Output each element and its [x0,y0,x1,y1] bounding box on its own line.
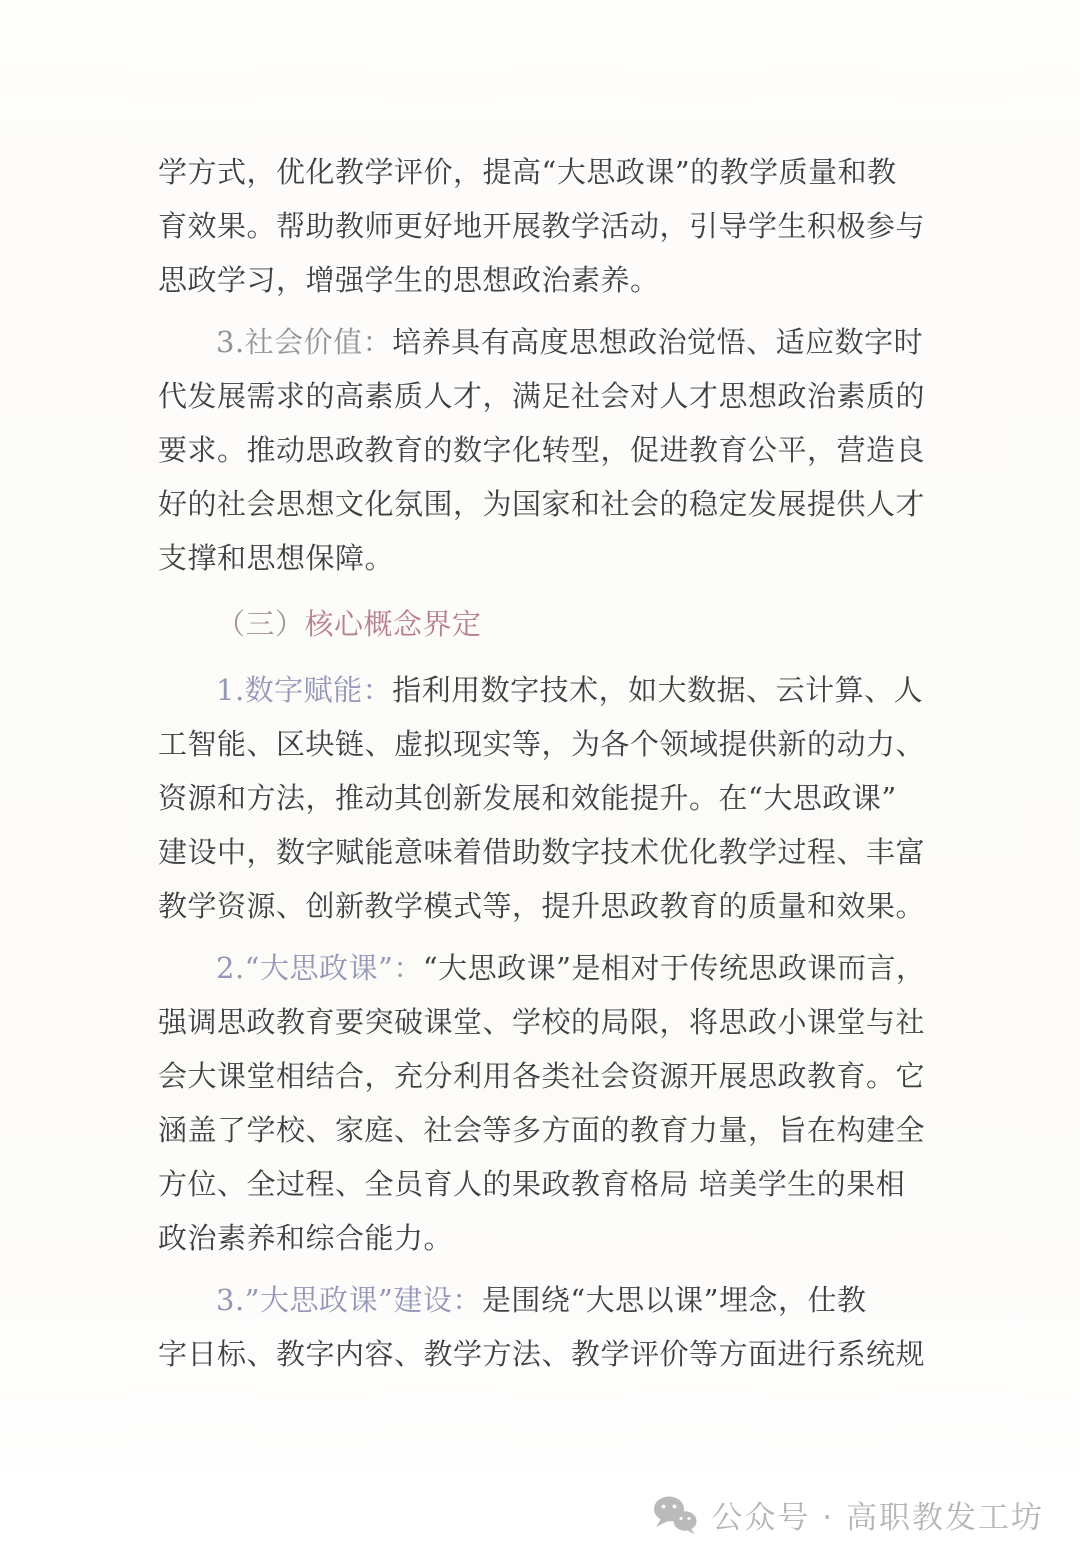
watermark-text: 公众号 · 高职教发工坊 [711,1492,1044,1537]
text-line: 政治素养和综合能力。 [158,1211,922,1265]
text-line: 建设中，数字赋能意味着借助数字技术优化教学过程、丰富 [158,825,922,879]
inline-segment: 教学资源、创新教学模式等，提升思政教育的质量和效果。 [158,889,925,923]
text-line: 会大课堂相结合，充分利用各类社会资源开展思政教育。它 [158,1049,922,1103]
inline-segment: 2.“大思政课”： [216,951,423,985]
paragraph: 学方式，优化教学评价，提高“大思政课”的教学质量和教育效果。帮助教师更好地开展教… [158,145,922,307]
text-line: 方位、全过程、全员育人的果政教育格局 培美学生的果相 [158,1157,922,1211]
inline-segment: 学方式，优化教学评价，提高“大思政课”的教学质量和教 [158,155,897,189]
page-background: 学方式，优化教学评价，提高“大思政课”的教学质量和教育效果。帮助教师更好地开展教… [0,0,1080,1559]
watermark-bar: 公众号 · 高职教发工坊 [0,1470,1080,1559]
text-line: 思政学习，增强学生的思想政治素养。 [158,253,922,307]
inline-segment: 支撑和思想保障。 [158,541,394,575]
inline-segment: 会大课堂相结合，充分利用各类社会资源开展思政教育。它 [158,1059,925,1093]
inline-segment: 方位、全过程、全员育人的果政教育格局 培美学生的果相 [158,1167,905,1201]
inline-segment: 字日标、教字内容、教学方法、教学评价等方面进行系统规 [158,1337,925,1371]
inline-segment: 3.”大思政课”建设： [216,1283,482,1317]
wechat-watermark: 公众号 · 高职教发工坊 [652,1492,1044,1537]
text-line: 涵盖了学校、家庭、社会等多方面的教育力量，旨在构建全 [158,1103,922,1157]
inline-segment: 资源和方法，推动其创新发展和效能提升。在“大思政课” [158,781,897,815]
text-line: 好的社会思想文化氛围，为国家和社会的稳定发展提供人才 [158,477,922,531]
inline-segment: 1.数字赋能： [216,673,392,707]
inline-segment: 思政学习，增强学生的思想政治素养。 [158,263,660,297]
inline-segment: 建设中，数字赋能意味着借助数字技术优化教学过程、丰富 [158,835,925,869]
text-line: 3.社会价值：培养具有高度思想政治觉悟、适应数字时 [158,315,922,369]
inline-segment: 指利用数字技术，如大数据、云计算、人 [392,673,923,707]
text-line: 代发展需求的高素质人才，满足社会对人才思想政治素质的 [158,369,922,423]
text-line: 育效果。帮助教师更好地开展教学活动，引导学生积极参与 [158,199,922,253]
paragraph: 3.社会价值：培养具有高度思想政治觉悟、适应数字时代发展需求的高素质人才，满足社… [158,315,922,585]
paragraph: 3.”大思政课”建设：是围绕“大思以课”埋念，仕教字日标、教字内容、教学方法、教… [158,1273,922,1381]
text-line: 教学资源、创新教学模式等，提升思政教育的质量和效果。 [158,879,922,933]
inline-segment: 涵盖了学校、家庭、社会等多方面的教育力量，旨在构建全 [158,1113,925,1147]
text-line: 强调思政教育要突破课堂、学校的局限，将思政小课堂与社 [158,995,922,1049]
inline-segment: “大思政课”是相对于传统思政课而言， [423,951,926,985]
paragraph: 1.数字赋能：指利用数字技术，如大数据、云计算、人工智能、区块链、虚拟现实等，为… [158,663,922,933]
inline-segment: 是围绕“大思以课”埋念，仕教 [482,1283,867,1317]
wechat-icon [652,1495,698,1535]
inline-segment: 培养具有高度思想政治觉悟、适应数字时 [392,325,923,359]
text-line: 要求。推动思政教育的数字化转型，促进教育公平，营造良 [158,423,922,477]
inline-segment: 工智能、区块链、虚拟现实等，为各个领域提供新的动力、 [158,727,925,761]
text-line: 2.“大思政课”：“大思政课”是相对于传统思政课而言， [158,941,922,995]
inline-segment: 要求。推动思政教育的数字化转型，促进教育公平，营造良 [158,433,925,467]
text-line: 资源和方法，推动其创新发展和效能提升。在“大思政课” [158,771,922,825]
text-line: 字日标、教字内容、教学方法、教学评价等方面进行系统规 [158,1327,922,1381]
text-line: 1.数字赋能：指利用数字技术，如大数据、云计算、人 [158,663,922,717]
text-line: 3.”大思政课”建设：是围绕“大思以课”埋念，仕教 [158,1273,922,1327]
inline-segment: （三） [216,607,305,641]
inline-segment: 核心概念界定 [305,607,482,641]
text-line: 支撑和思想保障。 [158,531,922,585]
text-line: 工智能、区块链、虚拟现实等，为各个领域提供新的动力、 [158,717,922,771]
inline-segment: 强调思政教育要突破课堂、学校的局限，将思政小课堂与社 [158,1005,925,1039]
inline-segment: 好的社会思想文化氛围，为国家和社会的稳定发展提供人才 [158,487,925,521]
text-line: 学方式，优化教学评价，提高“大思政课”的教学质量和教 [158,145,922,199]
inline-segment: 3.社会价值： [216,325,392,359]
inline-segment: 代发展需求的高素质人才，满足社会对人才思想政治素质的 [158,379,925,413]
section-heading: （三）核心概念界定 [158,597,922,651]
inline-segment: 育效果。帮助教师更好地开展教学活动，引导学生积极参与 [158,209,925,243]
paragraph: 2.“大思政课”：“大思政课”是相对于传统思政课而言，强调思政教育要突破课堂、学… [158,941,922,1265]
text-line: （三）核心概念界定 [158,597,922,651]
inline-segment: 政治素养和综合能力。 [158,1221,453,1255]
document-text: 学方式，优化教学评价，提高“大思政课”的教学质量和教育效果。帮助教师更好地开展教… [0,0,1080,1381]
